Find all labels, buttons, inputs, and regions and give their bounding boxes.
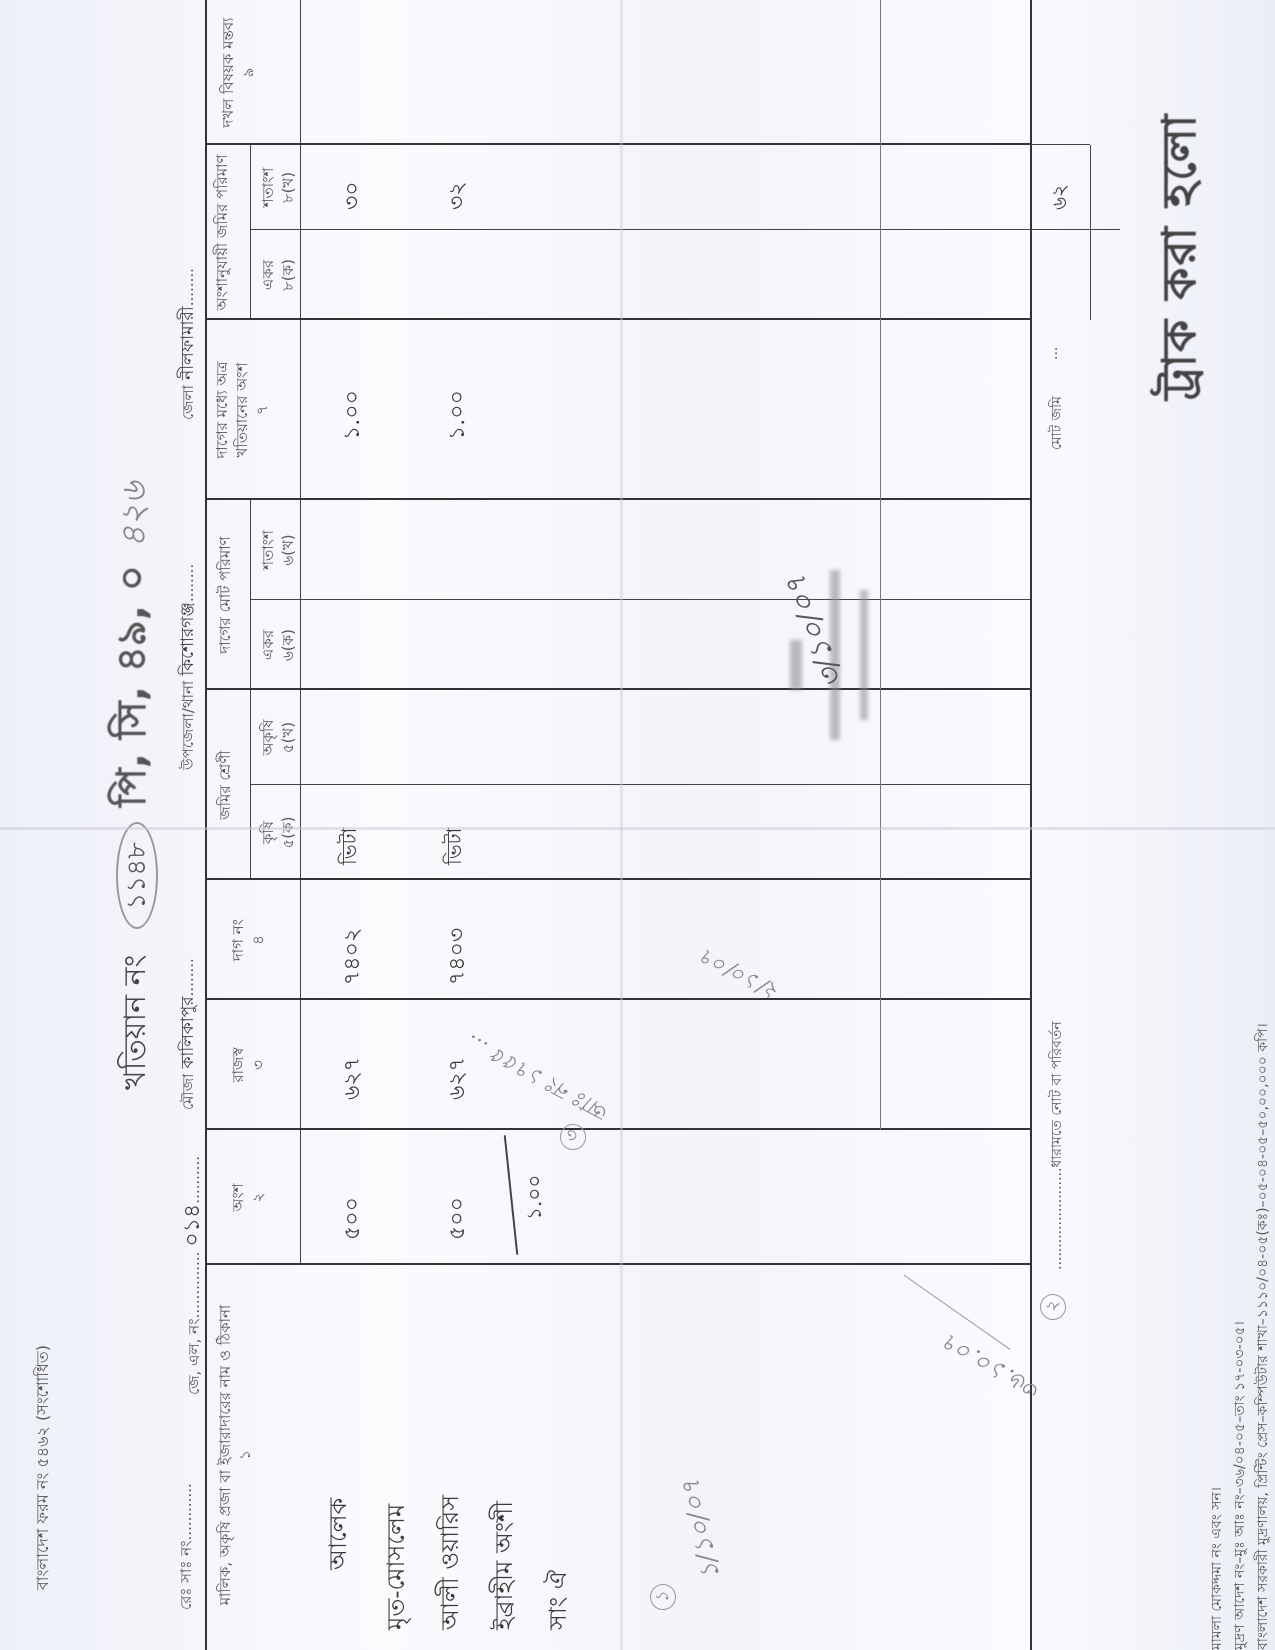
- row1-shotangsho: ৩০: [335, 181, 372, 210]
- total-shotangsho: ৬২: [1045, 184, 1078, 210]
- sub-header-line-col6: [250, 500, 251, 690]
- footer-line-1: মামলা মোকদ্দমা নং এবং সন।: [1205, 1487, 1229, 1650]
- footer-line-2: মুদ্রণ আদেশ নং–মুঃ আঃ নং–৩৬/০৪-০৫–তাং ১৭…: [1228, 1321, 1252, 1650]
- col-divider: [205, 998, 1030, 1000]
- header-col-8b: শতাংশ ৮(খ): [258, 145, 298, 230]
- col-divider: [205, 143, 1030, 145]
- form-number: বাংলাদেশ ফরম নং ৫৪৬২ (সংশোধিত): [30, 1345, 57, 1590]
- owner-line: ইব্রাহীম অংশী: [486, 1270, 526, 1630]
- sub-header-num: ৫(খ): [278, 690, 298, 785]
- header-col-5a: কৃষি ৫(ক): [258, 785, 298, 880]
- header-col-5b: অকৃষি ৫(খ): [258, 690, 298, 785]
- tracked-stamp: ট্রাক করা হলো: [1145, 113, 1221, 400]
- share-total-line: [504, 1135, 519, 1255]
- row1-portion: ১.০০: [335, 390, 372, 440]
- circle-mark-1: ১: [650, 1584, 676, 1610]
- row2-shotangsho: ৩২: [440, 181, 477, 210]
- sub-header-label: কৃষি: [258, 785, 278, 880]
- sub-header-label: অকৃষি: [258, 690, 278, 785]
- row1-revenue: ৬২৭: [335, 1057, 372, 1100]
- owner-list: আলেক মৃত-মোসলেম আলী ওয়ারিস ইব্রাহীম অংশ…: [320, 1270, 580, 1630]
- mouza-label: মৌজা: [179, 1074, 197, 1110]
- header-num: ৪: [248, 880, 268, 1000]
- sub-header-num: ৫(ক): [278, 785, 298, 880]
- sub-header-label: শতাংশ: [258, 500, 278, 600]
- header-label: দখল বিষয়ক মন্তব্য: [218, 0, 238, 145]
- header-col-5: জমির শ্রেণী: [215, 690, 235, 880]
- owner-line: মৃত-মোসলেম: [378, 1270, 418, 1630]
- owner-line: আলেক: [320, 1270, 360, 1570]
- col-divider: [205, 878, 1030, 880]
- district-field: জেলা নীলফামারী........: [175, 268, 203, 420]
- header-col-2: অংশ ২: [228, 1130, 268, 1265]
- header-col-6: দাগের মোট পরিমাণ: [215, 500, 235, 690]
- mouza-value: কালিকাপুর: [178, 996, 198, 1068]
- sub-header-label: একর: [258, 230, 278, 320]
- total-box-right: [1030, 144, 1090, 145]
- header-col-9: দখল বিষয়ক মন্তব্য ৯: [218, 0, 258, 145]
- khatian-number-handwritten: ৪২৬: [114, 482, 154, 548]
- header-col-8: অংশানুযায়ী জমির পরিমাণ: [212, 145, 232, 320]
- header-num: ৩: [248, 1000, 268, 1130]
- khatian-number-stamped: পি, সি, ৪৯, ০: [109, 565, 155, 807]
- share-total: ১.০০: [520, 1175, 553, 1220]
- officer-seal: ৩/১০/০৭: [750, 450, 950, 750]
- col-divider: [205, 1263, 1030, 1265]
- signature-left: ১/১০/০৭: [670, 1475, 734, 1584]
- scanned-document: বাংলাদেশ ফরম নং ৫৪৬২ (সংশোধিত) খতিয়ান ন…: [0, 0, 1275, 1650]
- rs-field: রেঃ সাঃ নং............: [175, 1483, 200, 1610]
- header-label: মালিক, অকৃষি প্রজা বা ইজারাদারের নাম ও ঠ…: [215, 1270, 235, 1640]
- title-label: খতিয়ান নং: [118, 955, 153, 1090]
- title-block: খতিয়ান নং ১১৪৮ পি, সি, ৪৯, ০ ৪২৬: [100, 482, 167, 1090]
- header-num: ১: [235, 1270, 255, 1640]
- header-label: দাগ নং: [228, 880, 248, 1000]
- sub-header-line-col8: [250, 145, 251, 320]
- sub-header-num: ৬(ক): [278, 600, 298, 690]
- header-col-6b: শতাংশ ৬(খ): [258, 500, 298, 600]
- header-col-6a: একর ৬(ক): [258, 600, 298, 690]
- mutation-note: আঃ নং ১৭৫৫ ...: [460, 1023, 618, 1130]
- total-label: মোট জমি: [1045, 396, 1069, 450]
- signature-bottom-left: ৩৬.১০.০৭: [936, 1321, 1050, 1410]
- header-label: রাজস্ব: [228, 1000, 248, 1130]
- header-col-1: মালিক, অকৃষি প্রজা বা ইজারাদারের নাম ও ঠ…: [215, 1270, 255, 1640]
- upazila-value: কিশোরগঞ্জ: [178, 602, 198, 676]
- dharamote-label: ধারামতে নোট বা পরিবর্তন: [1049, 1021, 1065, 1167]
- header-num: ৭: [252, 330, 272, 490]
- col-divider: [205, 1128, 1030, 1130]
- dharamote-field: .......................ধারামতে নোট বা পর…: [1045, 1021, 1069, 1270]
- row2-portion: ১.০০: [440, 390, 477, 440]
- jl-label: জে, এল, নং: [185, 1318, 203, 1395]
- header-label: দাগের মধ্যে অত্র খতিয়ানের অংশ: [212, 330, 252, 490]
- sub-header-line-col5: [250, 690, 251, 880]
- header-label: অংশ: [228, 1130, 248, 1265]
- table-top-border: [205, 0, 207, 1650]
- owner-line: সাং ঐ: [540, 1270, 580, 1630]
- seal-line: [860, 590, 868, 720]
- upazila-field: উপজেলা/থানা কিশোরগঞ্জ........: [175, 564, 203, 770]
- row2-dag: ৭৪০৩: [440, 928, 477, 985]
- sub-header-label: একর: [258, 600, 278, 690]
- sub-header-num: ৮(ক): [278, 230, 298, 320]
- header-num: ২: [248, 1130, 268, 1265]
- header-col-7: দাগের মধ্যে অত্র খতিয়ানের অংশ ৭: [212, 330, 272, 490]
- khatian-number-printed: ১১৪৮: [116, 822, 158, 930]
- circle-mark-3: ৩: [560, 1124, 586, 1150]
- sub-header-num: ৮(খ): [278, 145, 298, 230]
- district-label: জেলা: [179, 385, 197, 420]
- officer-signature: ৩/১০/০৭: [771, 567, 859, 695]
- owner-line: আলী ওয়ারিস: [432, 1270, 472, 1630]
- row2-share: ৫০০: [440, 1197, 477, 1240]
- mouza-field: মৌজা কালিকাপুর........: [175, 958, 203, 1110]
- footer-line-3: বাংলাদেশ সরকারী মুদ্রণালয়, প্রিন্টিং প্…: [1251, 1023, 1275, 1650]
- paper-fold: [620, 0, 623, 1650]
- row2-revenue: ৬২৭: [440, 1057, 477, 1100]
- sub-header-label: শতাংশ: [258, 145, 278, 230]
- khatian-form: বাংলাদেশ ফরম নং ৫৪৬২ (সংশোধিত) খতিয়ান ন…: [0, 0, 1275, 1650]
- row1-share: ৫০০: [335, 1197, 372, 1240]
- row1-krishi: ভিটা: [335, 828, 368, 865]
- total-box-bottom: [1090, 145, 1091, 320]
- rs-label: রেঃ সাঃ নং: [177, 1540, 195, 1610]
- row2-krishi: ভিটা: [440, 828, 473, 865]
- col-divider: [250, 784, 1030, 785]
- header-col-8a: একর ৮(ক): [258, 230, 298, 320]
- col-divider: [250, 229, 1120, 230]
- district-value: নীলফামারী: [178, 306, 198, 380]
- header-num: ৯: [238, 0, 258, 145]
- sub-header-num: ৬(খ): [278, 500, 298, 600]
- row1-dag: ৭৪০২: [335, 928, 372, 985]
- header-col-3: রাজস্ব ৩: [228, 1000, 268, 1130]
- circle-mark-2: ২: [1040, 1294, 1066, 1320]
- paper-fold: [0, 827, 1275, 830]
- upazila-label: উপজেলা/থানা: [179, 681, 197, 770]
- total-dots: ...: [1045, 347, 1061, 360]
- col-divider: [205, 318, 1030, 320]
- header-col-4: দাগ নং ৪: [228, 880, 268, 1000]
- jl-value: ০১৪: [180, 1204, 205, 1247]
- header-bottom-border: [300, 0, 301, 1265]
